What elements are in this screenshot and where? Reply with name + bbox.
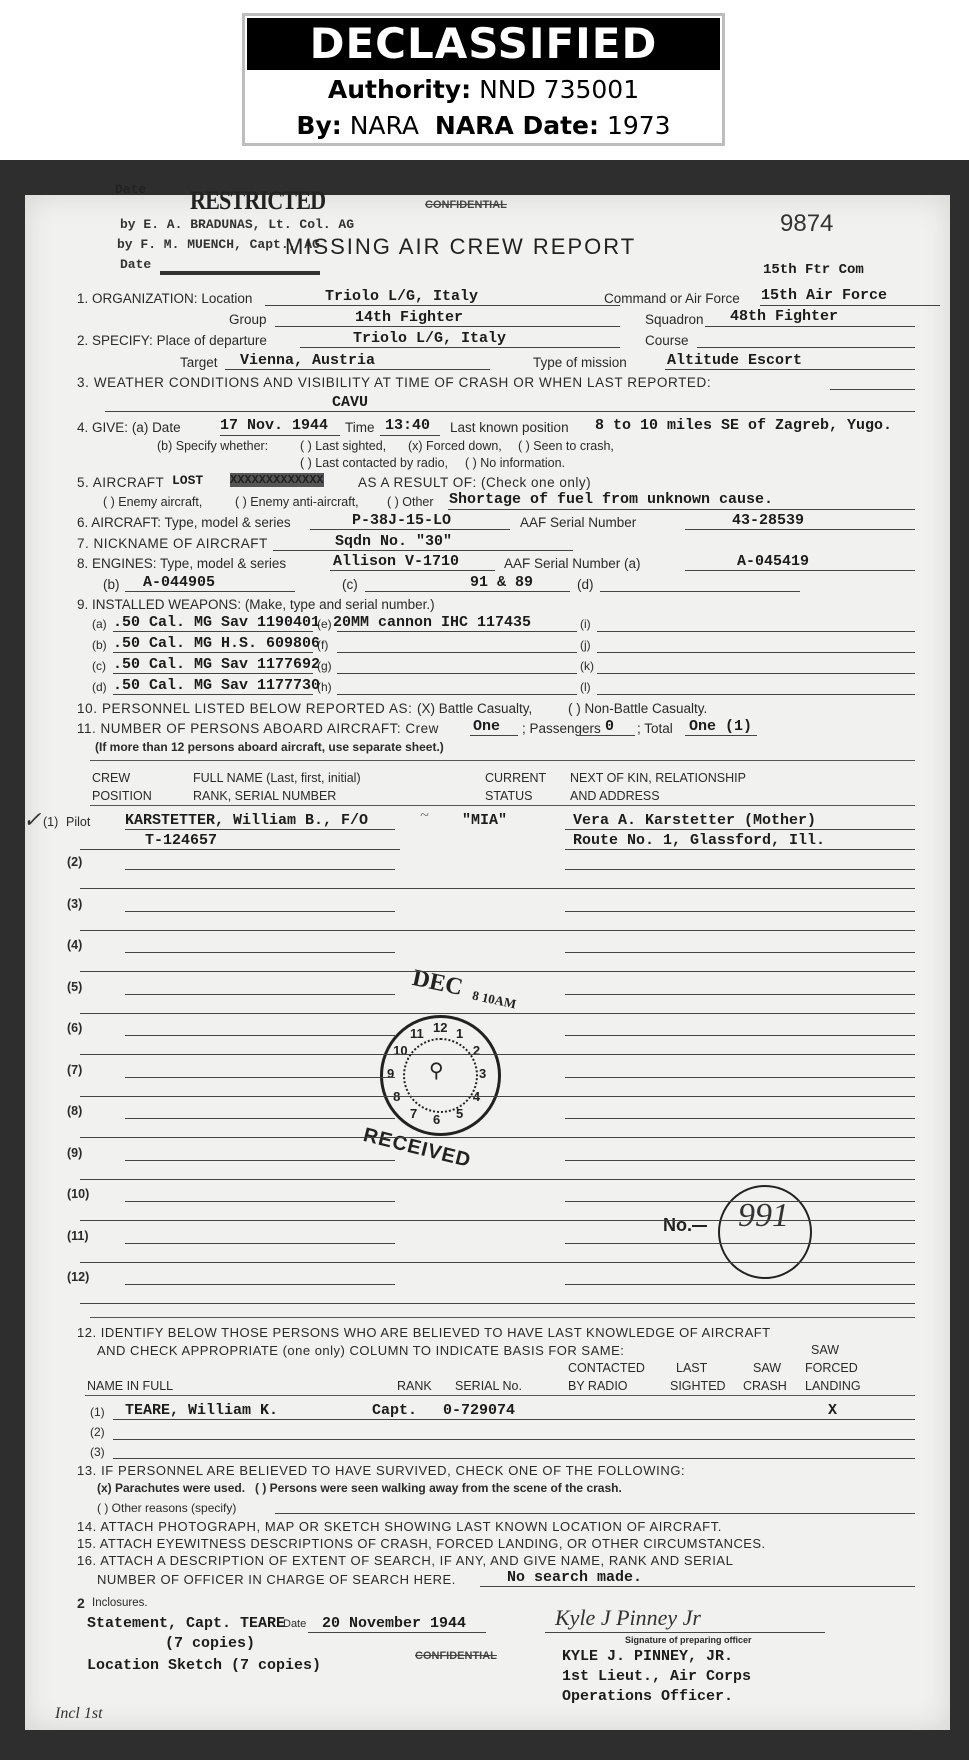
struck-out-text: XXXXXXXXXXXXX: [230, 473, 324, 487]
row-line: [113, 1458, 915, 1459]
weapon-line: [597, 694, 915, 695]
number-dash: [692, 1225, 707, 1227]
item10-label: 10. PERSONNEL LISTED BELOW REPORTED AS:: [77, 701, 413, 716]
clock-number: 11: [410, 1026, 424, 1041]
other-value[interactable]: Shortage of fuel from unknown cause.: [449, 491, 773, 508]
hdr-landing: LANDING: [805, 1379, 861, 1393]
row-line[interactable]: [80, 888, 915, 889]
report-date-line: [308, 1632, 486, 1633]
row-line[interactable]: [80, 1179, 915, 1180]
weapon-line: [337, 694, 577, 695]
nickname-line: [273, 550, 573, 551]
crew-row-1-serial[interactable]: T-124657: [145, 832, 217, 849]
weapon-e-value[interactable]: 20MM cannon IHC 117435: [333, 614, 531, 631]
row-line[interactable]: [80, 1054, 915, 1055]
opt-other-reasons[interactable]: ( ) Other reasons (specify): [97, 1501, 236, 1515]
crew-row-1-status[interactable]: "MIA": [462, 812, 507, 829]
item9-label: 9. INSTALLED WEAPONS: (Make, type and se…: [77, 597, 435, 612]
hdr-rank-serial: RANK, SERIAL NUMBER: [193, 789, 336, 803]
row-line[interactable]: [565, 1035, 915, 1036]
declassified-heading: DECLASSIFIED: [247, 18, 720, 70]
inclosure-2: Location Sketch (7 copies): [87, 1657, 321, 1674]
hdr-rank: RANK: [397, 1379, 432, 1393]
total-line: [685, 735, 757, 736]
departure-line: [300, 347, 620, 348]
witness-row-1-num: (1): [90, 1405, 105, 1419]
hdr-address: AND ADDRESS: [570, 789, 660, 803]
row-line[interactable]: [565, 1284, 915, 1285]
row-line[interactable]: [565, 1160, 915, 1161]
group-line: [275, 326, 620, 327]
weather-value[interactable]: CAVU: [332, 394, 368, 411]
hdr-crew: CREW: [92, 771, 130, 785]
handwritten-note: Incl 1st: [55, 1705, 103, 1723]
crew-row-num: (4): [67, 938, 82, 952]
by-label: By:: [296, 111, 341, 140]
weapon-line: [337, 631, 577, 632]
row-line[interactable]: [80, 1220, 915, 1221]
crew-count[interactable]: One: [473, 718, 500, 735]
weapon-line: [113, 631, 313, 632]
weapon-f-key: (f): [317, 638, 328, 652]
date-line: [220, 435, 340, 436]
by-line: By: NARA NARA Date: 1973: [245, 108, 722, 144]
number-value: 991: [738, 1197, 789, 1235]
received-day-time: 8 10AM: [471, 988, 518, 1013]
aircraft-type-value[interactable]: P-38J-15-LO: [352, 512, 451, 529]
engine-d-label: (d): [577, 577, 594, 592]
total-label: ; Total: [637, 721, 673, 736]
witness-row-1-serial[interactable]: 0-729074: [443, 1402, 515, 1419]
signature-line: [545, 1632, 825, 1633]
crew-row-num: (10): [67, 1187, 89, 1201]
weapon-j-key: (j): [580, 638, 591, 652]
row-line: [565, 829, 915, 830]
inclosures-label: Inclosures.: [92, 1597, 148, 1609]
row-line[interactable]: [125, 1077, 395, 1078]
serial-label: AAF Serial Number: [520, 515, 636, 530]
document-page: Date RESTRICTED CONFIDENTIAL by E. A. BR…: [25, 195, 950, 1730]
weapon-c-value[interactable]: .50 Cal. MG Sav 1177692: [113, 656, 320, 673]
engine-b-value[interactable]: A-044905: [143, 574, 215, 591]
date-label: Date: [283, 1618, 306, 1630]
mission-line: [665, 369, 915, 370]
total-count[interactable]: One (1): [689, 718, 752, 735]
stamp-label: Date: [115, 182, 146, 197]
clock-number: 5: [456, 1106, 463, 1121]
item6-label: 6. AIRCRAFT: Type, model & series: [77, 515, 291, 530]
crew-row-num: (8): [67, 1104, 82, 1118]
group-value[interactable]: 14th Fighter: [355, 309, 463, 326]
clock-number: 1: [456, 1026, 463, 1041]
report-date[interactable]: 20 November 1944: [322, 1615, 466, 1632]
other-line: [448, 509, 915, 510]
restricted-stamp: RESTRICTED: [190, 186, 325, 216]
crew-row-1-address[interactable]: Route No. 1, Glassford, Ill.: [573, 832, 825, 849]
opt-parachutes[interactable]: (x) Parachutes were used.: [97, 1481, 245, 1495]
item16-line-2: NUMBER OF OFFICER IN CHARGE OF SEARCH HE…: [97, 1572, 456, 1587]
weapon-line: [597, 652, 915, 653]
opt-last-radio[interactable]: ( ) Last contacted by radio,: [300, 456, 448, 470]
squadron-label: Squadron: [645, 312, 704, 327]
row-line[interactable]: [125, 1201, 395, 1202]
opt-forced-down[interactable]: (x) Forced down,: [408, 439, 502, 453]
row-line[interactable]: [80, 971, 915, 972]
engine-c-value[interactable]: 91 & 89: [470, 574, 533, 591]
row-line[interactable]: [565, 1243, 915, 1244]
officer-name: KYLE J. PINNEY, JR.: [562, 1648, 733, 1665]
opt-enemy-aa[interactable]: ( ) Enemy anti-aircraft,: [235, 495, 359, 509]
divider: [85, 1395, 915, 1396]
weapon-a-key: (a): [92, 617, 107, 631]
opt-enemy-aircraft[interactable]: ( ) Enemy aircraft,: [103, 495, 202, 509]
type-line: [310, 529, 510, 530]
weapon-line: [113, 673, 313, 674]
weapon-line: [337, 673, 577, 674]
row-line[interactable]: [125, 1118, 395, 1119]
item16-line-1: 16. ATTACH A DESCRIPTION OF EXTENT OF SE…: [77, 1553, 733, 1568]
signature-caption: Signature of preparing officer: [625, 1635, 752, 1645]
squadron-value[interactable]: 48th Fighter: [730, 308, 838, 325]
crew-row-1-num: (1): [43, 815, 58, 829]
clock-number: 6: [433, 1112, 440, 1127]
crew-row-num: (9): [67, 1146, 82, 1160]
divider: [90, 1317, 915, 1318]
authority-line: Authority: NND 735001: [245, 72, 722, 108]
mission-value[interactable]: Altitude Escort: [667, 352, 802, 369]
row-line[interactable]: [125, 1035, 395, 1036]
crew-row-1-kin[interactable]: Vera A. Karstetter (Mother): [573, 812, 816, 829]
weapon-d-key: (d): [92, 680, 107, 694]
hdr-current: CURRENT: [485, 771, 546, 785]
engine-b-label: (b): [103, 577, 120, 592]
clock-number: 3: [479, 1066, 486, 1081]
authority-value: NND 735001: [479, 75, 639, 104]
row-line[interactable]: [125, 1243, 395, 1244]
passengers-label: ; Passengers: [522, 721, 601, 736]
hdr-sighted: SIGHTED: [670, 1379, 726, 1393]
target-value[interactable]: Vienna, Austria: [240, 352, 375, 369]
row-line[interactable]: [80, 1262, 915, 1263]
witness-row-3-num: (3): [90, 1445, 105, 1459]
row-line[interactable]: [125, 952, 395, 953]
row-line: [565, 849, 915, 850]
time-line: [380, 435, 440, 436]
location-value[interactable]: Triolo L/G, Italy: [325, 288, 478, 305]
item1-label: 1. ORGANIZATION: Location: [77, 291, 252, 306]
declass-date-label: Date: [120, 257, 151, 272]
hdr-position: POSITION: [92, 789, 152, 803]
officer-title: Operations Officer.: [562, 1688, 733, 1705]
row-line[interactable]: [80, 1013, 915, 1014]
row-line[interactable]: [565, 1077, 915, 1078]
page-title: MISSING AIR CREW REPORT: [285, 234, 636, 260]
opt-seen-crash[interactable]: ( ) Seen to crash,: [518, 439, 614, 453]
crew-row-1-position: Pilot: [66, 815, 90, 829]
engine-type-value[interactable]: Allison V-1710: [333, 553, 459, 570]
engine-a-line: [685, 570, 915, 571]
clock-number: 2: [473, 1043, 480, 1058]
weapon-b-key: (b): [92, 638, 107, 652]
mission-label: Type of mission: [533, 355, 627, 370]
weapon-e-key: (e): [317, 617, 332, 631]
item14-label: 14. ATTACH PHOTOGRAPH, MAP OR SKETCH SHO…: [77, 1519, 722, 1534]
row-line[interactable]: [565, 1118, 915, 1119]
row-line[interactable]: [125, 911, 395, 912]
item12-line-1: 12. IDENTIFY BELOW THOSE PERSONS WHO ARE…: [77, 1325, 771, 1340]
item2-label: 2. SPECIFY: Place of departure: [77, 333, 267, 348]
engine-serial-label: AAF Serial Number (a): [504, 556, 641, 571]
weapon-line: [597, 631, 915, 632]
weapon-line: [113, 652, 313, 653]
search-line: [480, 1586, 915, 1587]
item15-label: 15. ATTACH EYEWITNESS DESCRIPTIONS OF CR…: [77, 1536, 766, 1551]
item12-line-2: AND CHECK APPROPRIATE (one only) COLUMN …: [97, 1343, 624, 1358]
confidential-stamp-top: CONFIDENTIAL: [425, 199, 507, 211]
clock-number: 12: [433, 1020, 447, 1035]
item13-label: 13. IF PERSONNEL ARE BELIEVED TO HAVE SU…: [77, 1463, 685, 1478]
divider: [90, 760, 915, 761]
crew-row-num: (3): [67, 897, 82, 911]
position-label: Last known position: [450, 420, 569, 435]
group-label: Group: [229, 312, 267, 327]
clock-number: 4: [473, 1089, 480, 1104]
row-line[interactable]: [565, 911, 915, 912]
row-line[interactable]: [125, 1284, 395, 1285]
nickname-value[interactable]: Sqdn No. "30": [335, 533, 452, 550]
opt-last-sighted[interactable]: ( ) Last sighted,: [300, 439, 386, 453]
row-line[interactable]: [125, 994, 395, 995]
weapon-i-key: (i): [580, 617, 591, 631]
engine-b-line: [125, 591, 295, 592]
location-line: [265, 305, 620, 306]
row-line[interactable]: [80, 930, 915, 931]
row-line[interactable]: [125, 869, 395, 870]
item11-label: 11. NUMBER OF PERSONS ABOARD AIRCRAFT: C…: [77, 721, 439, 736]
passengers-count[interactable]: 0: [605, 718, 614, 735]
inclosure-1-copies: (7 copies): [165, 1635, 255, 1652]
engine-a-value[interactable]: A-045419: [737, 553, 809, 570]
item4-label: 4. GIVE: (a) Date: [77, 420, 181, 435]
crew-row-num: (2): [67, 855, 82, 869]
report-number: 9874: [780, 210, 833, 238]
crew-line: [470, 735, 518, 736]
date-redaction-bar: [160, 271, 320, 275]
item7-label: 7. NICKNAME OF AIRCRAFT: [77, 536, 268, 551]
row-line[interactable]: [565, 994, 915, 995]
course-label: Course: [645, 333, 689, 348]
search-value[interactable]: No search made.: [507, 1569, 642, 1586]
engine-c-label: (c): [342, 577, 358, 592]
crew-row-num: (12): [67, 1270, 89, 1284]
clock-number: 10: [393, 1043, 407, 1058]
row-line: [113, 1419, 915, 1420]
nara-date-label: NARA Date:: [435, 111, 599, 140]
other-reasons-line: [275, 1513, 915, 1514]
weapon-l-key: (l): [580, 680, 591, 694]
departure-value[interactable]: Triolo L/G, Italy: [353, 330, 506, 347]
witness-row-1-rank[interactable]: Capt.: [372, 1402, 417, 1419]
squadron-line: [705, 326, 915, 327]
row-line[interactable]: [80, 1137, 915, 1138]
opt-other[interactable]: ( ) Other: [387, 495, 434, 509]
item3-label: 3. WEATHER CONDITIONS AND VISIBILITY AT …: [77, 375, 711, 390]
hdr-contacted: CONTACTED: [568, 1361, 645, 1375]
row-line: [80, 849, 400, 850]
course-line: [697, 347, 915, 348]
witness-row-1-name[interactable]: TEARE, William K.: [125, 1402, 278, 1419]
row-line[interactable]: [125, 1160, 395, 1161]
weather-line-1: [830, 389, 915, 390]
crew-row-1-name[interactable]: KARSTETTER, William B., F/O: [125, 812, 368, 829]
row-line[interactable]: [80, 1096, 915, 1097]
stamp-line-1: Date: [115, 181, 146, 197]
result-of-label: AS A RESULT OF: (Check one only): [358, 475, 591, 490]
row-line[interactable]: [565, 869, 915, 870]
inclosure-1: Statement, Capt. TEARE: [87, 1615, 285, 1632]
hdr-saw: SAW: [753, 1361, 781, 1375]
time-label: Time: [345, 420, 375, 435]
row-line: [113, 1439, 915, 1440]
engine-d-line: [600, 591, 800, 592]
inclosures-count: 2: [77, 1595, 85, 1611]
crew-row-num: (6): [67, 1021, 82, 1035]
hdr-last: LAST: [676, 1361, 707, 1375]
weapon-c-key: (c): [92, 659, 106, 673]
weapon-line: [113, 694, 313, 695]
confidential-stamp-bottom: CONFIDENTIAL: [415, 1650, 497, 1662]
target-line: [225, 369, 490, 370]
specify-label: (b) Specify whether:: [157, 439, 268, 453]
hdr-forced: FORCED: [805, 1361, 858, 1375]
declassified-stamp: DECLASSIFIED Authority: NND 735001 By: N…: [242, 13, 725, 146]
aircraft-serial-value[interactable]: 43-28539: [732, 512, 804, 529]
weapon-line: [337, 652, 577, 653]
checkmark-icon: ✓: [23, 807, 41, 833]
hdr-serial-no: SERIAL No.: [455, 1379, 522, 1393]
item8-label: 8. ENGINES: Type, model & series: [77, 556, 286, 571]
authority-label: Authority:: [328, 75, 471, 104]
clock-number: 7: [410, 1106, 417, 1121]
command-value[interactable]: 15th Air Force: [761, 287, 887, 304]
weapon-d-value[interactable]: .50 Cal. MG Sav 1177730: [113, 677, 320, 694]
weapon-a-value[interactable]: .50 Cal. MG Sav 1190401: [113, 614, 320, 631]
weapon-b-value[interactable]: .50 Cal. MG H.S. 609806: [113, 635, 320, 652]
clock-number: 9: [387, 1066, 394, 1081]
hdr-by-radio: BY RADIO: [568, 1379, 628, 1393]
clock-stamp: ⚲ 121234567891011: [380, 1015, 501, 1136]
hdr-next-of-kin: NEXT OF KIN, RELATIONSHIP: [570, 771, 746, 785]
weapon-h-key: (h): [317, 680, 332, 694]
serial-line: [685, 529, 915, 530]
lost-value: LOST: [172, 473, 203, 488]
opt-non-battle-casualty[interactable]: ( ) Non-Battle Casualty.: [568, 701, 707, 716]
crew-row-num: (7): [67, 1063, 82, 1077]
number-prefix: No.: [663, 1215, 692, 1236]
officer-rank: 1st Lieut., Air Corps: [562, 1668, 751, 1685]
nara-date-value: 1973: [607, 111, 671, 140]
crew-row-num: (11): [67, 1229, 89, 1243]
hdr-crash: CRASH: [743, 1379, 787, 1393]
officer-signature: Kyle J Pinney Jr: [555, 1605, 701, 1631]
handwritten-initials: ~: [420, 807, 429, 825]
pen-nib-icon: ⚲: [429, 1058, 444, 1083]
command-label: Command or Air Force: [604, 291, 740, 306]
time-value[interactable]: 13:40: [385, 417, 430, 434]
position-value[interactable]: 8 to 10 miles SE of Zagreb, Yugo.: [595, 417, 892, 434]
row-line[interactable]: [565, 1201, 915, 1202]
row-line: [125, 829, 395, 830]
opt-battle-casualty[interactable]: (X) Battle Casualty,: [417, 701, 532, 716]
weapon-k-key: (k): [580, 659, 594, 673]
engine-type-line: [330, 570, 495, 571]
opt-walking-away[interactable]: ( ) Persons were seen walking away from …: [255, 1481, 622, 1495]
passengers-line: [580, 735, 635, 736]
hdr-saw-forced-0: SAW: [811, 1343, 839, 1357]
divider: [90, 805, 915, 806]
witness-row-1-forced-landing[interactable]: X: [828, 1402, 837, 1419]
crew-row-num: (5): [67, 980, 82, 994]
command-line: [760, 305, 940, 306]
command-note: 15th Ftr Com: [763, 262, 864, 278]
weapon-line: [597, 673, 915, 674]
hdr-name-in-full: NAME IN FULL: [87, 1379, 173, 1393]
witness-row-2-num: (2): [90, 1425, 105, 1439]
item5-label: 5. AIRCRAFT: [77, 475, 164, 490]
row-line[interactable]: [80, 1303, 915, 1304]
weather-line-2: [105, 411, 915, 412]
declass-authority-line-1: by E. A. BRADUNAS, Lt. Col. AG: [120, 217, 354, 232]
clock-number: 8: [393, 1089, 400, 1104]
opt-no-info[interactable]: ( ) No information.: [465, 456, 565, 470]
separate-sheet-note: (If more than 12 persons aboard aircraft…: [95, 740, 444, 754]
row-line[interactable]: [565, 952, 915, 953]
hdr-status: STATUS: [485, 789, 532, 803]
weapon-g-key: (g): [317, 659, 332, 673]
by-value: NARA: [350, 111, 419, 140]
engine-c-line: [365, 591, 570, 592]
date-value[interactable]: 17 Nov. 1944: [220, 417, 328, 434]
hdr-full-name: FULL NAME (Last, first, initial): [193, 771, 361, 785]
target-label: Target: [180, 355, 218, 370]
